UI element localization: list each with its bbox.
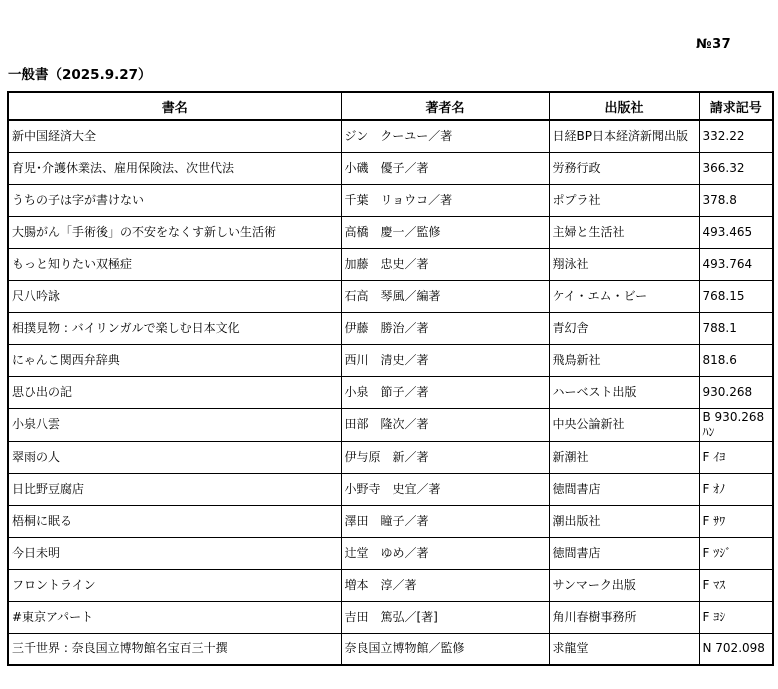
table-header: 書名 著者名 出版社 請求記号 [8,92,773,120]
cell-publisher: ポプラ社 [549,184,699,216]
cell-publisher: ハーベスト出版 [549,376,699,408]
cell-title: 尺八吟詠 [8,280,341,312]
cell-call-number: F ｵﾉ [699,473,773,505]
cell-publisher: ケイ・エム・ビー [549,280,699,312]
cell-publisher: 新潮社 [549,441,699,473]
cell-call-number: 768.15 [699,280,773,312]
cell-author: 辻堂 ゆめ／著 [341,537,549,569]
cell-publisher: サンマーク出版 [549,569,699,601]
cell-call-number: F ｲﾖ [699,441,773,473]
table-row: 尺八吟詠石高 琴風／編著ケイ・エム・ビー768.15 [8,280,773,312]
cell-call-number: 378.8 [699,184,773,216]
cell-call-number: F ｻﾜ [699,505,773,537]
table-row: 相撲見物 : バイリンガルで楽しむ日本文化伊藤 勝治／著青幻舎788.1 [8,312,773,344]
cell-title: 翠雨の人 [8,441,341,473]
cell-title: うちの子は字が書けない [8,184,341,216]
cell-publisher: 求龍堂 [549,633,699,665]
table-row: 育児･介護休業法、雇用保険法、次世代法小磯 優子／著労務行政366.32 [8,152,773,184]
cell-author: 小野寺 史宜／著 [341,473,549,505]
table-row: 今日未明辻堂 ゆめ／著徳間書店F ﾂｼﾞ [8,537,773,569]
cell-title: 今日未明 [8,537,341,569]
col-header-call-number: 請求記号 [699,92,773,120]
cell-publisher: 潮出版社 [549,505,699,537]
cell-author: 澤田 瞳子／著 [341,505,549,537]
cell-call-number: 366.32 [699,152,773,184]
table-row: もっと知りたい双極症加藤 忠史／著翔泳社493.764 [8,248,773,280]
table-row: にゃんこ関西弁辞典西川 清史／著飛鳥新社818.6 [8,344,773,376]
cell-author: 石高 琴風／編著 [341,280,549,312]
header-row: 書名 著者名 出版社 請求記号 [8,92,773,120]
cell-title: 育児･介護休業法、雇用保険法、次世代法 [8,152,341,184]
cell-author: 田部 隆次／著 [341,408,549,441]
cell-call-number: F ﾖｼ [699,601,773,633]
col-header-author: 著者名 [341,92,549,120]
cell-author: ジン クーユー／著 [341,120,549,152]
table-row: 日比野豆腐店小野寺 史宜／著徳間書店F ｵﾉ [8,473,773,505]
table-row: #東京アパート吉田 篤弘／[著]角川春樹事務所F ﾖｼ [8,601,773,633]
cell-publisher: 翔泳社 [549,248,699,280]
table-row: 新中国経済大全ジン クーユー／著日経BP日本経済新聞出版332.22 [8,120,773,152]
cell-call-number: F ﾂｼﾞ [699,537,773,569]
cell-author: 小泉 節子／著 [341,376,549,408]
cell-publisher: 中央公論新社 [549,408,699,441]
cell-author: 増本 淳／著 [341,569,549,601]
table-row: 翠雨の人伊与原 新／著新潮社F ｲﾖ [8,441,773,473]
cell-call-number: B 930.268 ﾊﾝ [699,408,773,441]
cell-title: 相撲見物 : バイリンガルで楽しむ日本文化 [8,312,341,344]
cell-title: 三千世界 : 奈良国立博物館名宝百三十撰 [8,633,341,665]
cell-author: 西川 清史／著 [341,344,549,376]
col-header-publisher: 出版社 [549,92,699,120]
cell-call-number: 818.6 [699,344,773,376]
cell-author: 千葉 リョウコ／著 [341,184,549,216]
cell-author: 加藤 忠史／著 [341,248,549,280]
table-row: 梧桐に眠る澤田 瞳子／著潮出版社F ｻﾜ [8,505,773,537]
table-row: 小泉八雲田部 隆次／著中央公論新社B 930.268 ﾊﾝ [8,408,773,441]
cell-call-number: 493.465 [699,216,773,248]
cell-title: 思ひ出の記 [8,376,341,408]
cell-author: 奈良国立博物館／監修 [341,633,549,665]
cell-call-number: F ﾏｽ [699,569,773,601]
cell-author: 小磯 優子／著 [341,152,549,184]
cell-title: 大腸がん「手術後」の不安をなくす新しい生活術 [8,216,341,248]
cell-publisher: 労務行政 [549,152,699,184]
cell-title: フロントライン [8,569,341,601]
cell-publisher: 徳間書店 [549,537,699,569]
cell-title: もっと知りたい双極症 [8,248,341,280]
table-body: 新中国経済大全ジン クーユー／著日経BP日本経済新聞出版332.22育児･介護休… [8,120,773,665]
cell-title: #東京アパート [8,601,341,633]
cell-publisher: 日経BP日本経済新聞出版 [549,120,699,152]
col-header-book-title: 書名 [8,92,341,120]
cell-publisher: 飛鳥新社 [549,344,699,376]
cell-author: 高橋 慶一／監修 [341,216,549,248]
table-row: 大腸がん「手術後」の不安をなくす新しい生活術高橋 慶一／監修主婦と生活社493.… [8,216,773,248]
cell-publisher: 青幻舎 [549,312,699,344]
cell-publisher: 角川春樹事務所 [549,601,699,633]
table-row: 三千世界 : 奈良国立博物館名宝百三十撰奈良国立博物館／監修求龍堂N 702.0… [8,633,773,665]
cell-author: 伊藤 勝治／著 [341,312,549,344]
cell-title: 小泉八雲 [8,408,341,441]
table-row: フロントライン増本 淳／著サンマーク出版F ﾏｽ [8,569,773,601]
cell-title: 日比野豆腐店 [8,473,341,505]
page-number: №37 [696,37,731,52]
cell-publisher: 徳間書店 [549,473,699,505]
cell-author: 伊与原 新／著 [341,441,549,473]
cell-call-number: N 702.098 [699,633,773,665]
cell-title: 新中国経済大全 [8,120,341,152]
cell-title: にゃんこ関西弁辞典 [8,344,341,376]
cell-call-number: 493.764 [699,248,773,280]
cell-publisher: 主婦と生活社 [549,216,699,248]
cell-author: 吉田 篤弘／[著] [341,601,549,633]
book-list-table: 書名 著者名 出版社 請求記号 新中国経済大全ジン クーユー／著日経BP日本経済… [7,91,774,666]
table-row: うちの子は字が書けない千葉 リョウコ／著ポプラ社378.8 [8,184,773,216]
cell-call-number: 930.268 [699,376,773,408]
cell-title: 梧桐に眠る [8,505,341,537]
list-title: 一般書（2025.9.27） [8,63,152,83]
table-row: 思ひ出の記小泉 節子／著ハーベスト出版930.268 [8,376,773,408]
document-page: №37 一般書（2025.9.27） 書名 著者名 出版社 請求記号 新中国経済… [0,0,778,689]
cell-call-number: 788.1 [699,312,773,344]
cell-call-number: 332.22 [699,120,773,152]
